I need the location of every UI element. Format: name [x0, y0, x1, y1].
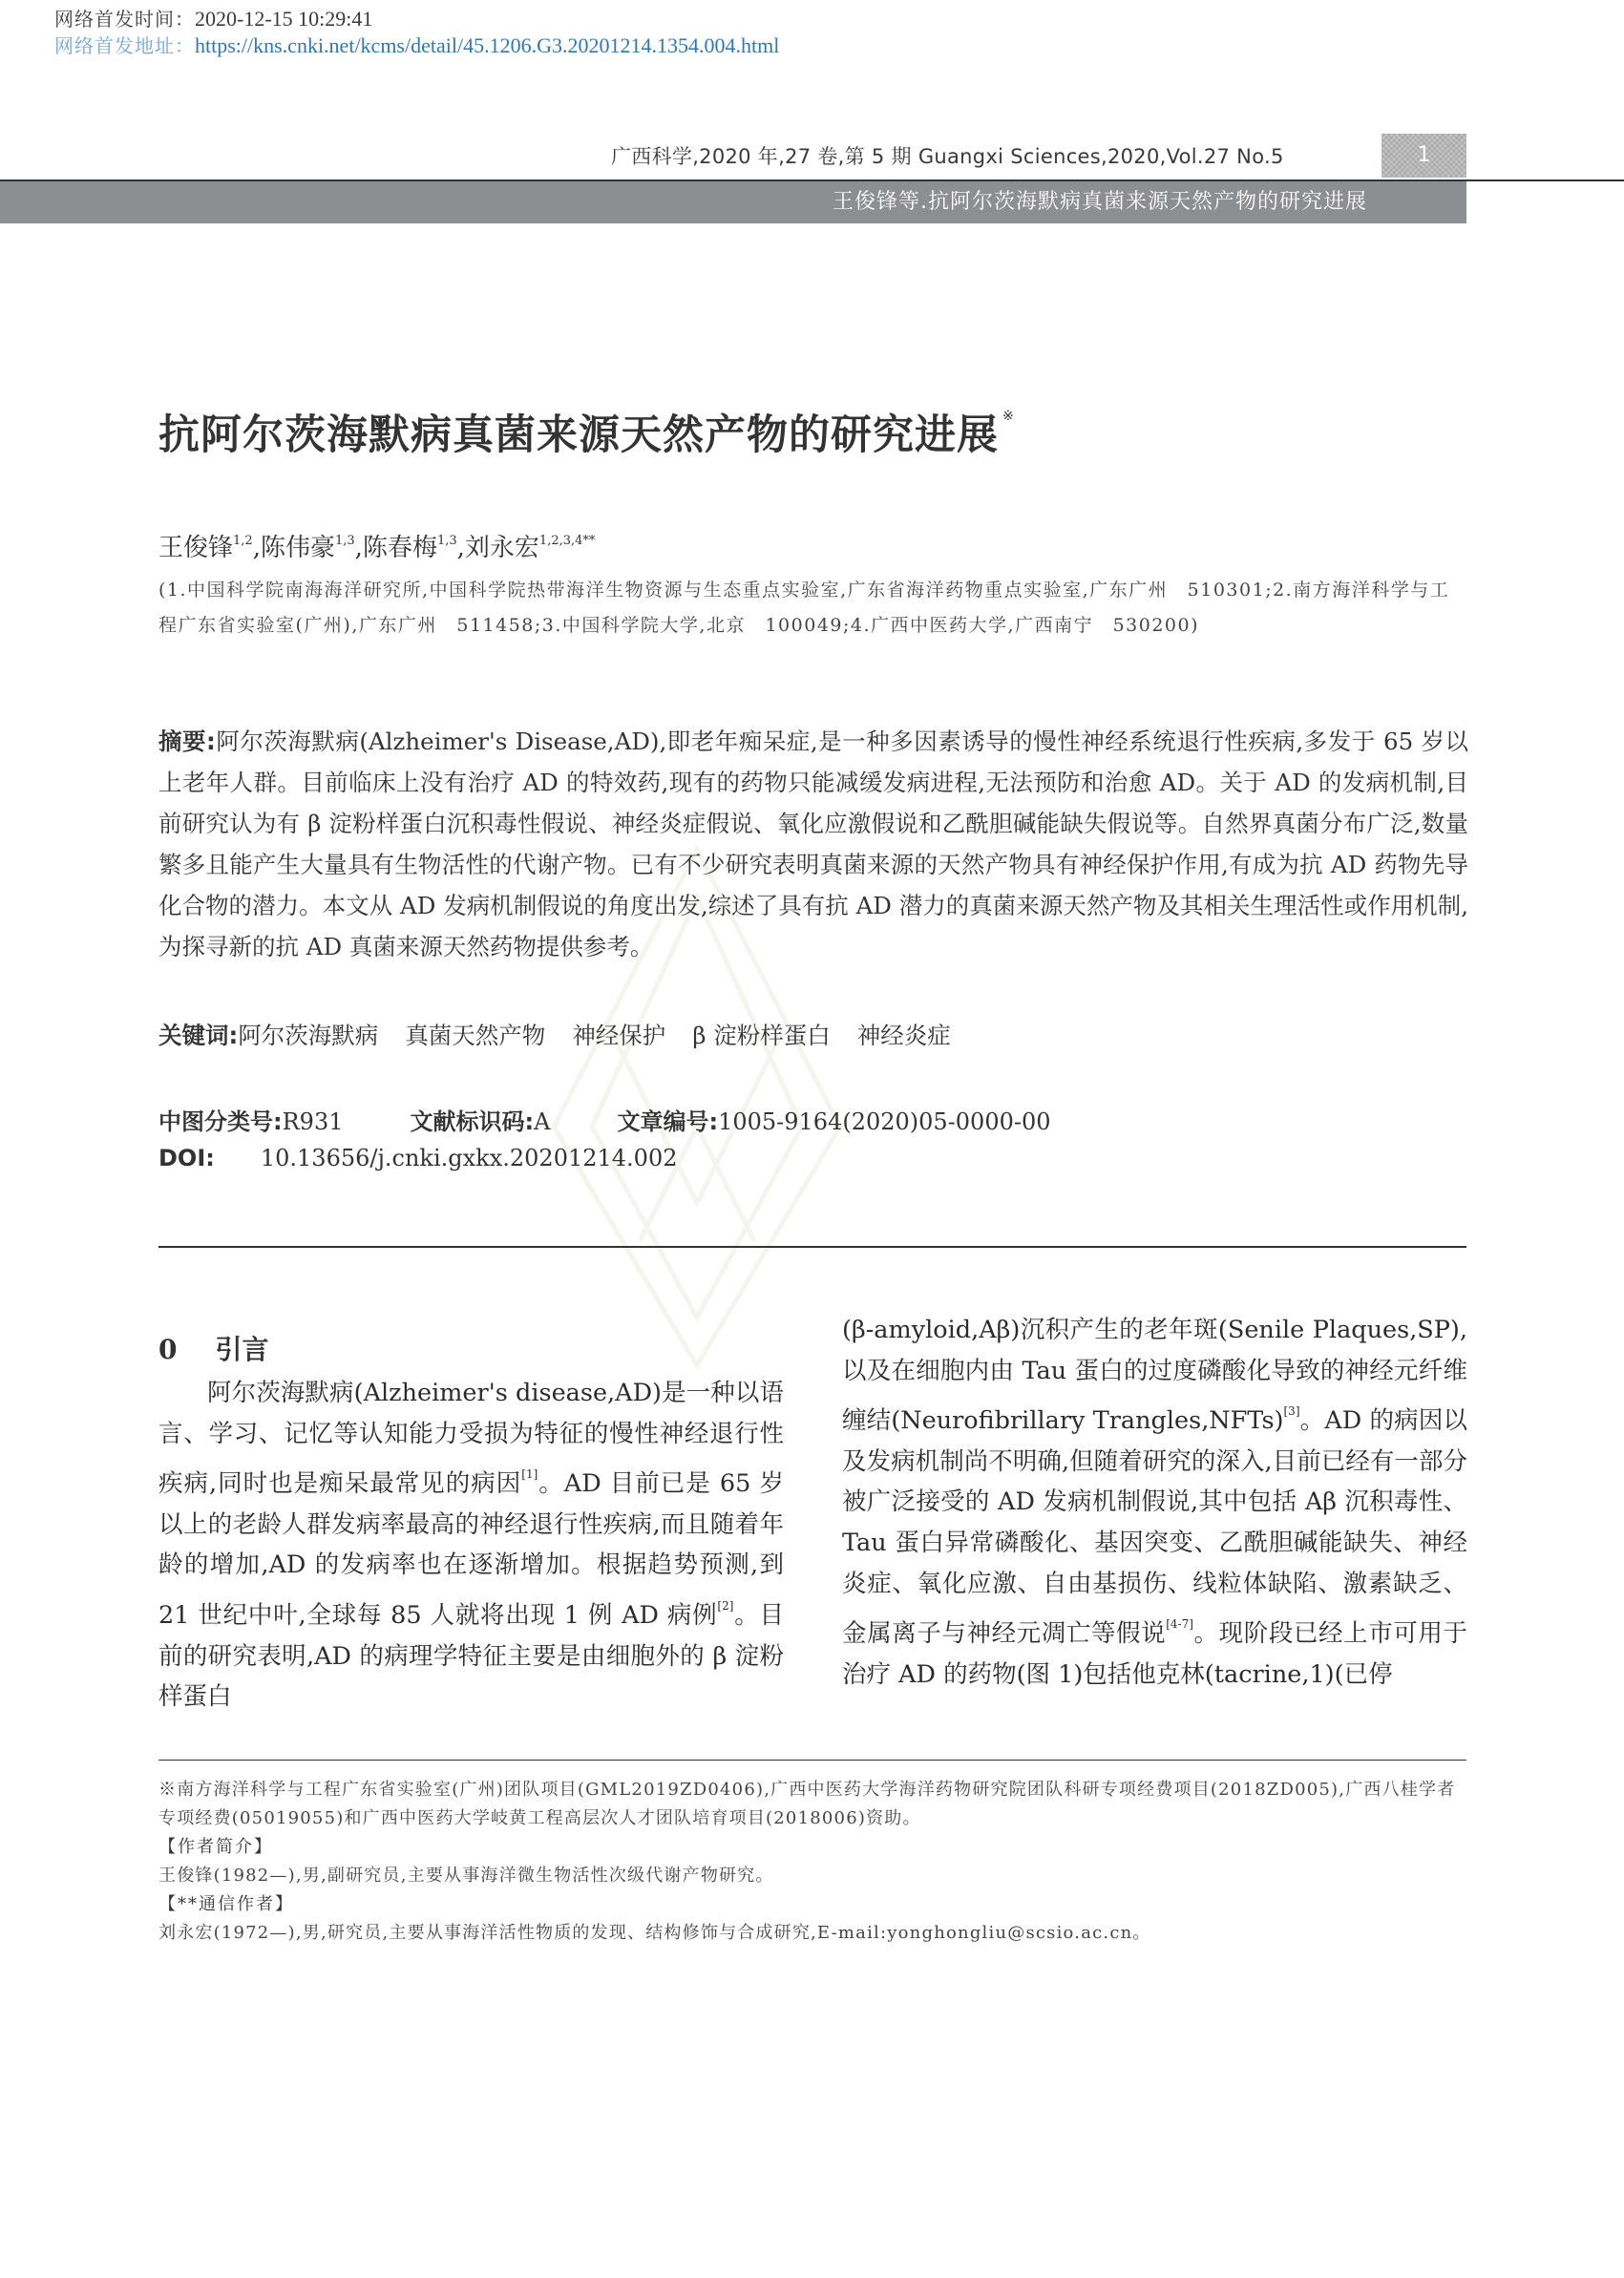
footnotes: ※南方海洋科学与工程广东省实验室(广州)团队项目(GML2019ZD0406),… [158, 1776, 1468, 1948]
journal-citation: 广西科学,2020 年,27 卷,第 5 期 Guangxi Sciences,… [611, 141, 1284, 170]
affiliations: (1.中国科学院南海海洋研究所,中国科学院热带海洋生物资源与生态重点实验室,广东… [158, 573, 1466, 643]
section-number: 0 [158, 1334, 177, 1365]
body-column-right: (β-amyloid,Aβ)沉积产生的老年斑(Senile Plaques,SP… [842, 1310, 1467, 1695]
footnote-rule [158, 1760, 1466, 1761]
citation-ref[interactable]: [1] [521, 1467, 538, 1481]
clc-label: 中图分类号: [158, 1108, 283, 1135]
running-title-band: 王俊锋等.抗阿尔茨海默病真菌来源天然产物的研究进展 [0, 181, 1466, 223]
article-title: 抗阿尔茨海默病真菌来源天然产物的研究进展※ [158, 403, 1015, 461]
author-affiliation-sup: 1,3 [437, 534, 457, 548]
author-affiliation-sup: 1,2 [233, 534, 253, 548]
publish-time-label: 网络首发时间： [54, 8, 195, 31]
funding-note: ※南方海洋科学与工程广东省实验室(广州)团队项目(GML2019ZD0406),… [158, 1776, 1468, 1833]
abstract: 摘要:阿尔茨海默病(Alzheimer's Disease,AD),即老年痴呆症… [158, 721, 1468, 967]
author-affiliation-sup: 1,2,3,4** [539, 534, 595, 548]
author-name: 陈伟豪 [261, 534, 335, 562]
publish-url-link[interactable]: https://kns.cnki.net/kcms/detail/45.1206… [195, 33, 779, 57]
intro-paragraph-continued: (β-amyloid,Aβ)沉积产生的老年斑(Senile Plaques,SP… [842, 1310, 1467, 1695]
section-heading: 0引言 [158, 1329, 269, 1367]
author-name: 王俊锋 [158, 534, 233, 562]
doc-code-value: A [534, 1108, 550, 1135]
funding-mark: ※ [1002, 409, 1015, 424]
clc-value: R931 [283, 1108, 344, 1135]
keyword: β 淀粉样蛋白 [692, 1022, 830, 1049]
doc-code-label: 文献标识码: [411, 1108, 535, 1135]
doi-line: DOI:10.13656/j.cnki.gxkx.20201214.002 [158, 1145, 677, 1171]
publish-time-value: 2020-12-15 10:29:41 [195, 7, 372, 31]
citation-ref[interactable]: [3] [1284, 1404, 1300, 1418]
classification-line: 中图分类号:R931文献标识码:A文章编号:1005-9164(2020)05-… [158, 1103, 1118, 1136]
keywords-label: 关键词: [158, 1022, 238, 1049]
citation-ref[interactable]: [2] [717, 1599, 733, 1613]
keyword: 阿尔茨海默病 [238, 1022, 378, 1049]
author-intro: 王俊锋(1982—),男,副研究员,主要从事海洋微生物活性次级代谢产物研究。 [158, 1862, 1468, 1890]
section-divider [158, 1246, 1466, 1248]
author-name: 刘永宏 [465, 534, 539, 562]
citation-ref[interactable]: [4-7] [1166, 1617, 1193, 1631]
article-no-value: 1005-9164(2020)05-0000-00 [718, 1108, 1050, 1135]
corresponding-author-heading: 【**通信作者】 [158, 1890, 1468, 1919]
abstract-text: 阿尔茨海默病(Alzheimer's Disease,AD),即老年痴呆症,是一… [158, 728, 1468, 960]
publish-url-label: 网络首发地址： [54, 34, 195, 57]
author-affiliation-sup: 1,3 [335, 534, 355, 548]
author-intro-heading: 【作者简介】 [158, 1833, 1468, 1862]
keywords: 关键词:阿尔茨海默病真菌天然产物神经保护β 淀粉样蛋白神经炎症 [158, 1018, 978, 1051]
keyword: 神经炎症 [857, 1022, 951, 1049]
author-list: 王俊锋1,2,陈伟豪1,3,陈春梅1,3,刘永宏1,2,3,4** [158, 528, 595, 563]
abstract-label: 摘要: [158, 728, 216, 755]
article-title-text: 抗阿尔茨海默病真菌来源天然产物的研究进展 [158, 411, 999, 459]
section-title: 引言 [215, 1334, 268, 1365]
keyword: 神经保护 [572, 1022, 665, 1049]
doi-label: DOI: [158, 1145, 215, 1171]
author-name: 陈春梅 [363, 534, 437, 562]
body-column-left: 阿尔茨海默病(Alzheimer's disease,AD)是一种以语言、学习、… [158, 1373, 784, 1718]
doi-value[interactable]: 10.13656/j.cnki.gxkx.20201214.002 [261, 1145, 678, 1171]
corresponding-author: 刘永宏(1972—),男,研究员,主要从事海洋活性物质的发现、结构修饰与合成研究… [158, 1919, 1468, 1948]
keyword: 真菌天然产物 [405, 1022, 545, 1049]
page-number: 1 [1381, 134, 1466, 178]
intro-paragraph: 阿尔茨海默病(Alzheimer's disease,AD)是一种以语言、学习、… [158, 1373, 784, 1718]
paragraph-text: 。AD 的病因以及发病机制尚不明确,但随着研究的深入,目前已经有一部分被广泛接受… [842, 1406, 1467, 1648]
article-no-label: 文章编号: [617, 1108, 718, 1135]
network-publication-meta: 网络首发时间：2020-12-15 10:29:41 网络首发地址：https:… [54, 6, 779, 59]
